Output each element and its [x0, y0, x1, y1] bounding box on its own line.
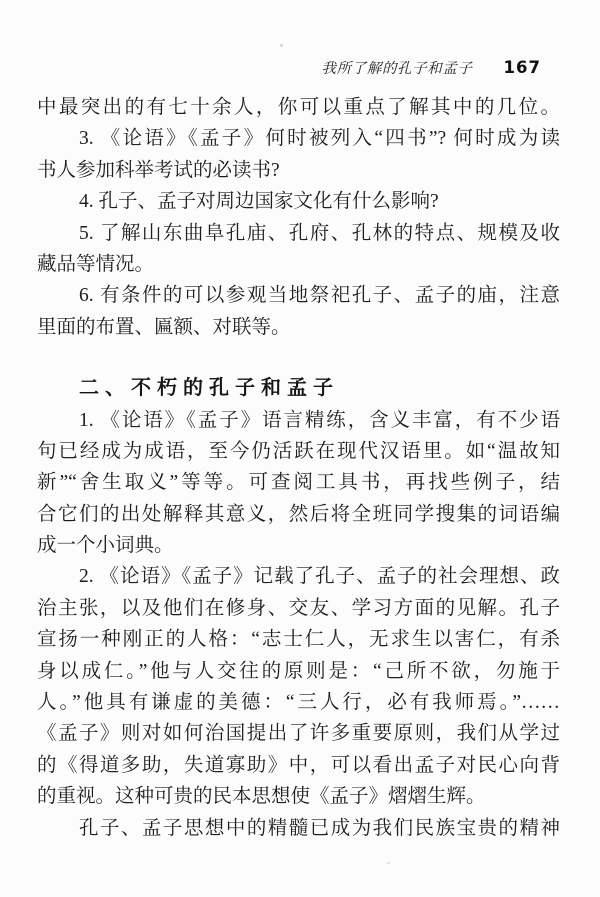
text-line: 句已经成为成语，至今仍活跃在现代汉语里。如“温故知: [37, 436, 560, 467]
paragraph-gap: [37, 343, 560, 373]
paper-speck: [280, 44, 283, 47]
text-line: 里面的布置、匾额、对联等。: [37, 312, 560, 343]
body-text: 中最突出的有七十余人，你可以重点了解其中的几位。3. 《论语》《孟子》何时被列入…: [37, 92, 560, 844]
running-header-title: 我所了解的孔子和孟子: [322, 59, 473, 79]
text-line: 《孟子》则对如何治国提出了许多重要原则，我们从学过: [37, 718, 560, 749]
running-header: 我所了解的孔子和孟子 167: [322, 58, 541, 79]
text-line: 中最突出的有七十余人，你可以重点了解其中的几位。: [37, 92, 560, 123]
text-line: 合它们的出处解释其意义，然后将全班同学搜集的词语编: [37, 499, 560, 530]
text-line: 人。”他具有谦虚的美德：“三人行，必有我师焉。”……: [37, 687, 560, 718]
text-line: 治主张，以及他们在修身、交友、学习方面的见解。孔子: [37, 593, 560, 624]
text-line: 身以成仁。”他与人交往的原则是：“己所不欲，勿施于: [37, 656, 560, 687]
text-line: 孔子、孟子思想中的精髓已成为我们民族宝贵的精神: [37, 813, 560, 844]
section-heading: 二、不朽的孔子和孟子: [37, 373, 560, 404]
text-line: 1. 《论语》《孟子》语言精练，含义丰富，有不少语: [37, 405, 560, 436]
text-line: 3. 《论语》《孟子》何时被列入“四书”? 何时成为读: [37, 123, 560, 154]
text-line: 藏品等情况。: [37, 249, 560, 280]
text-line: 6. 有条件的可以参观当地祭祀孔子、孟子的庙，注意: [37, 280, 560, 311]
text-line: 书人参加科举考试的必读书?: [37, 155, 560, 186]
paper-speck: [387, 862, 390, 864]
text-line: 的《得道多助，失道寡助》中，可以看出孟子对民心向背: [37, 750, 560, 781]
text-line: 5. 了解山东曲阜孔庙、孔府、孔林的特点、规模及收: [37, 218, 560, 249]
page-number: 167: [504, 58, 541, 78]
text-line: 4. 孔子、孟子对周边国家文化有什么影响?: [37, 186, 560, 217]
book-page: 我所了解的孔子和孟子 167 中最突出的有七十余人，你可以重点了解其中的几位。3…: [0, 0, 600, 897]
text-line: 成一个小词典。: [37, 530, 560, 561]
text-line: 新”“舍生取义”等等。可查阅工具书，再找些例子，结: [37, 467, 560, 498]
text-line: 宣扬一种刚正的人格：“志士仁人，无求生以害仁，有杀: [37, 624, 560, 655]
text-line: 的重视。这种可贵的民本思想使《孟子》熠熠生辉。: [37, 781, 560, 812]
text-line: 2. 《论语》《孟子》记载了孔子、孟子的社会理想、政: [37, 561, 560, 592]
